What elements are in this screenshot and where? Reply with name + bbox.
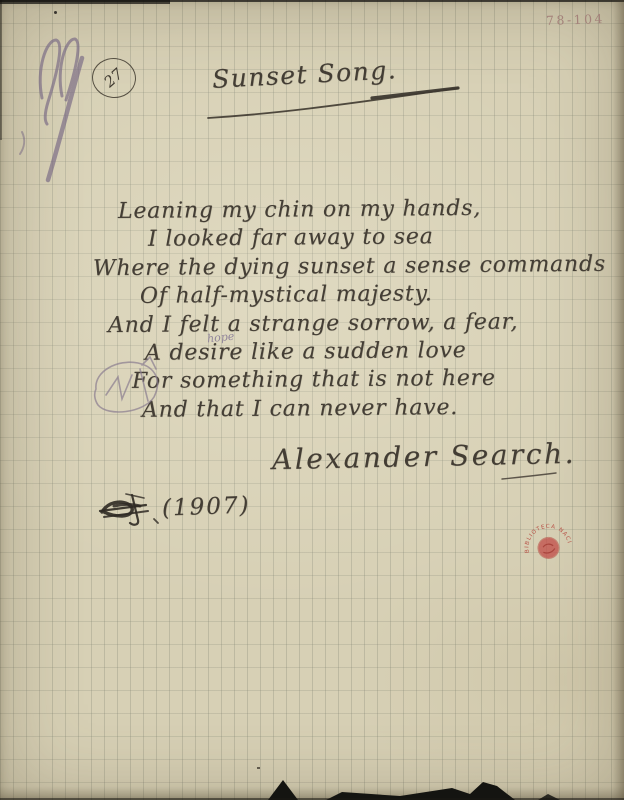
scan-shadow-right	[612, 0, 624, 800]
signature-underline-stroke	[498, 470, 560, 482]
archival-number: 78-104	[546, 11, 605, 28]
pencil-doodle-margin	[84, 355, 168, 421]
circled-page-number-value: 27	[101, 65, 127, 91]
scan-edge-left	[0, 0, 2, 140]
poem-line-4: Of half-mystical majesty.	[90, 280, 606, 313]
paper-speck	[257, 767, 260, 769]
date: (1907)	[162, 492, 251, 521]
poem-line-5: And I felt a strange sorrow, a fear,	[90, 308, 606, 341]
stamp-emblem	[536, 536, 560, 560]
manuscript-scan: 78-104 27 Sunset Song. Leaning my chin o…	[0, 0, 624, 800]
ink-speck	[54, 11, 57, 14]
scan-edge-bottom-artifacts	[0, 770, 624, 800]
pencil-doodle-top-left	[20, 30, 130, 190]
crossed-out-word-scribble	[98, 492, 164, 528]
library-stamp: BIBLIOTECA NACIONAL	[512, 510, 585, 583]
poem-line-2: I looked far away to sea	[90, 223, 606, 256]
scan-edge-top-left	[0, 0, 170, 4]
title-underline-stroke	[200, 80, 465, 125]
